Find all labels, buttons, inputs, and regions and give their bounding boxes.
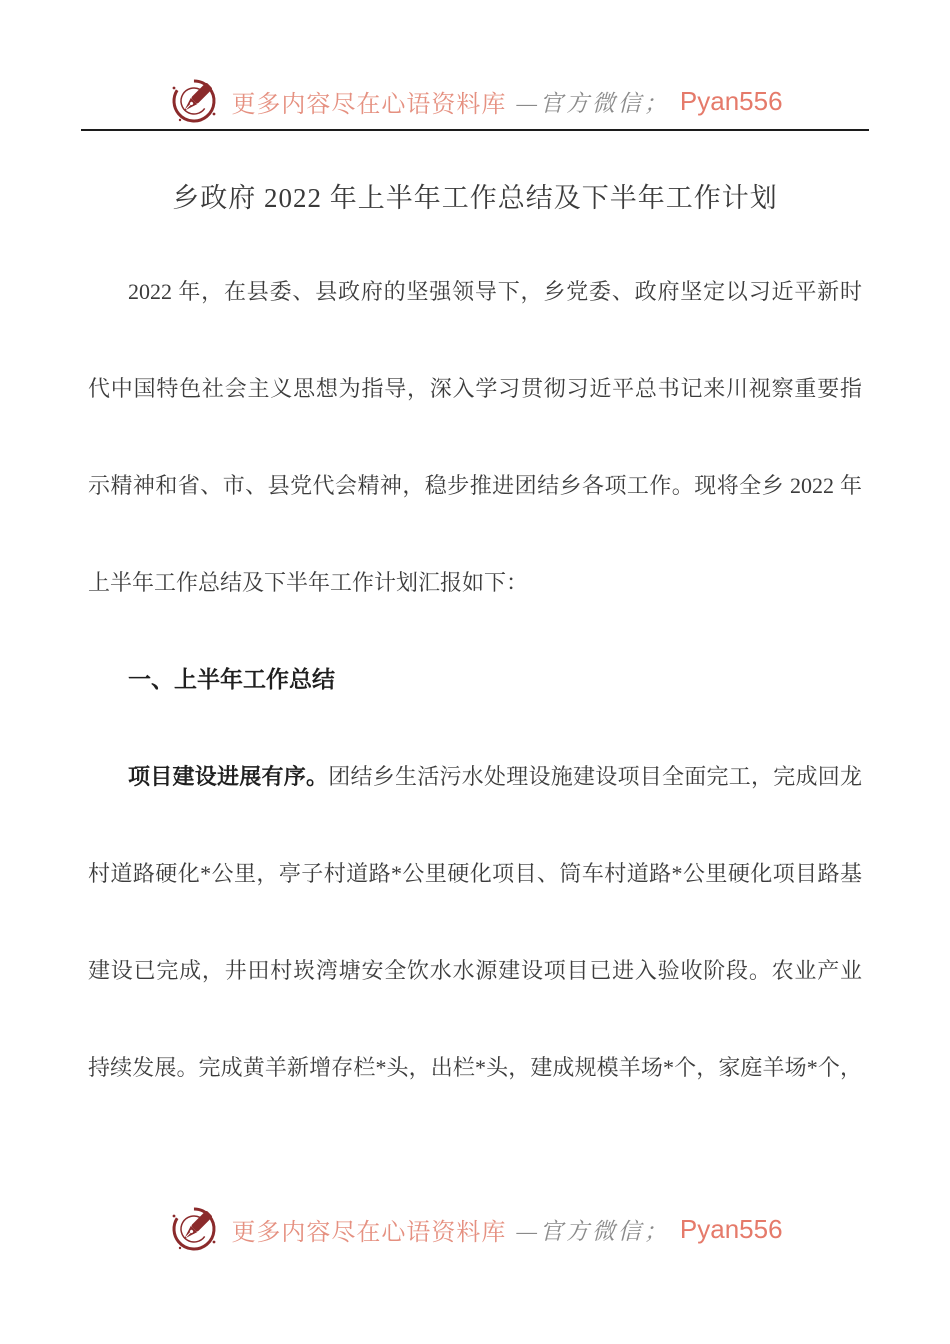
document-page: 更多内容尽在心语资料库 —官方微信； Pyan556 乡政府 2022 年上半年… <box>0 0 950 1344</box>
header-divider-rule <box>81 129 869 131</box>
document-title: 乡政府 2022 年上半年工作总结及下半年工作计划 <box>0 176 950 215</box>
brand-slogan: 更多内容尽在心语资料库 <box>231 1212 506 1247</box>
paragraph2-line1: 项目建设进展有序。团结乡生活污水处理设施建设项目全面完工，完成回龙 <box>88 728 862 825</box>
footer-brand-bar: 更多内容尽在心语资料库 —官方微信； Pyan556 <box>0 1196 950 1262</box>
pen-circle-logo-icon <box>167 72 221 130</box>
wechat-label: —官方微信； <box>516 85 669 118</box>
paragraph1-line1: 2022 年，在县委、县政府的坚强领导下，乡党委、政府坚定以习近平新时 <box>88 243 862 340</box>
paragraph1-line2: 代中国特色社会主义思想为指导，深入学习贯彻习近平总书记来川视察重要指 <box>88 340 862 437</box>
pen-circle-logo-icon <box>167 1200 221 1258</box>
paragraph2-line2: 村道路硬化*公里，亭子村道路*公里硬化项目、筒车村道路*公里硬化项目路基 <box>88 825 862 922</box>
section-heading-1: 一、上半年工作总结 <box>88 631 862 728</box>
paragraph2-line3: 建设已完成，井田村崁湾塘安全饮水水源建设项目已进入验收阶段。农业产业 <box>88 922 862 1019</box>
paragraph1-line4: 上半年工作总结及下半年工作计划汇报如下： <box>88 534 862 631</box>
header-brand-bar: 更多内容尽在心语资料库 —官方微信； Pyan556 <box>0 72 950 130</box>
document-body: 2022 年，在县委、县政府的坚强领导下，乡党委、政府坚定以习近平新时 代中国特… <box>88 243 862 1116</box>
wechat-id: Pyan556 <box>680 1214 783 1245</box>
wechat-label: —官方微信； <box>516 1213 669 1246</box>
wechat-id: Pyan556 <box>680 86 783 117</box>
paragraph2-line4: 持续发展。完成黄羊新增存栏*头，出栏*头，建成规模羊场*个，家庭羊场*个， <box>88 1019 862 1116</box>
paragraph2-line1-rest: 团结乡生活污水处理设施建设项目全面完工，完成回龙 <box>328 764 862 789</box>
paragraph2-lead-bold: 项目建设进展有序。 <box>128 764 328 789</box>
brand-slogan: 更多内容尽在心语资料库 <box>231 84 506 119</box>
paragraph1-line3: 示精神和省、市、县党代会精神，稳步推进团结乡各项工作。现将全乡 2022 年 <box>88 437 862 534</box>
